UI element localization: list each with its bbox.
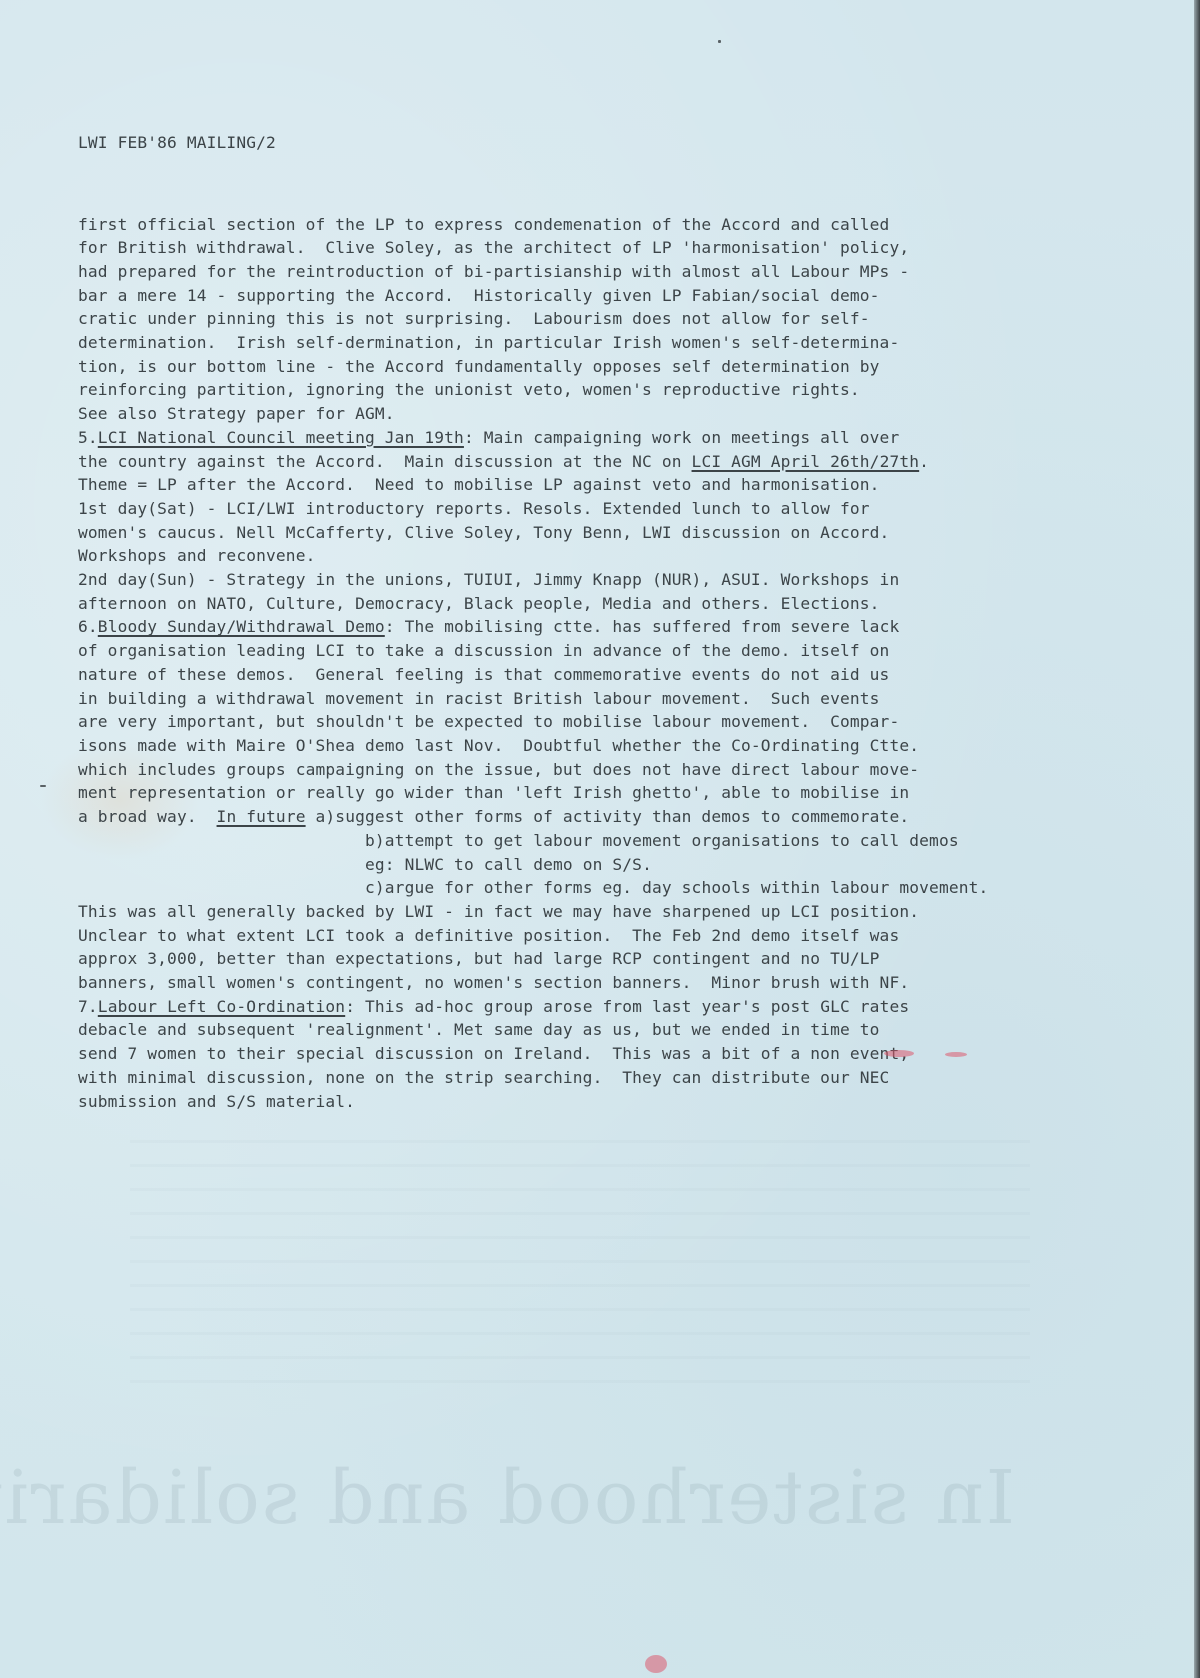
text-segment: banners, small women's contingent, no wo…: [78, 973, 909, 992]
text-line: reinforcing partition, ignoring the unio…: [78, 378, 1158, 402]
text-segment: c)argue for other forms eg. day schools …: [365, 878, 988, 897]
text-segment: Theme = LP after the Accord. Need to mob…: [78, 475, 880, 494]
text-segment: submission and S/S material.: [78, 1092, 355, 1111]
typed-lines: first official section of the LP to expr…: [78, 213, 1158, 1114]
text-segment: reinforcing partition, ignoring the unio…: [78, 380, 860, 399]
show-through-signoff: In sisterhood and solidarity: [255, 1455, 1015, 1541]
underlined-heading: LCI National Council meeting Jan 19th: [98, 428, 464, 447]
text-line: ment representation or really go wider t…: [78, 781, 1158, 805]
text-line: isons made with Maire O'Shea demo last N…: [78, 734, 1158, 758]
text-segment: cratic under pinning this is not surpris…: [78, 309, 870, 328]
text-line: afternoon on NATO, Culture, Democracy, B…: [78, 592, 1158, 616]
text-line: the country against the Accord. Main dis…: [78, 450, 1158, 474]
text-line: c)argue for other forms eg. day schools …: [78, 876, 1158, 900]
page-header: LWI FEB'86 MAILING/2: [78, 131, 1158, 155]
text-segment: 6.: [78, 617, 98, 636]
text-segment: : This ad-hoc group arose from last year…: [345, 997, 909, 1016]
show-through-lines: [130, 1140, 1030, 1390]
text-segment: b)attempt to get labour movement organis…: [365, 831, 959, 850]
text-segment: Unclear to what extent LCI took a defini…: [78, 926, 899, 945]
text-line: women's caucus. Nell McCafferty, Clive S…: [78, 521, 1158, 545]
text-line: 5.LCI National Council meeting Jan 19th:…: [78, 426, 1158, 450]
text-line: determination. Irish self-dermination, i…: [78, 331, 1158, 355]
text-segment: afternoon on NATO, Culture, Democracy, B…: [78, 594, 880, 613]
text-line: banners, small women's contingent, no wo…: [78, 971, 1158, 995]
red-ink-mark: [645, 1655, 667, 1673]
text-segment: : The mobilising ctte. has suffered from…: [385, 617, 900, 636]
text-segment: women's caucus. Nell McCafferty, Clive S…: [78, 523, 889, 542]
text-line: a broad way. In future a)suggest other f…: [78, 805, 1158, 829]
text-segment: determination. Irish self-dermination, i…: [78, 333, 899, 352]
text-line: bar a mere 14 - supporting the Accord. H…: [78, 284, 1158, 308]
text-segment: isons made with Maire O'Shea demo last N…: [78, 736, 919, 755]
text-segment: eg: NLWC to call demo on S/S.: [365, 855, 652, 874]
text-segment: : Main campaigning work on meetings all …: [464, 428, 899, 447]
text-line: first official section of the LP to expr…: [78, 213, 1158, 237]
text-segment: tion, is our bottom line - the Accord fu…: [78, 357, 880, 376]
underlined-heading: Labour Left Co-Ordination: [98, 997, 345, 1016]
text-segment: approx 3,000, better than expectations, …: [78, 949, 880, 968]
text-segment: send 7 women to their special discussion…: [78, 1044, 909, 1063]
text-line: Workshops and reconvene.: [78, 544, 1158, 568]
text-segment: of organisation leading LCI to take a di…: [78, 641, 889, 660]
text-segment: in building a withdrawal movement in rac…: [78, 689, 880, 708]
text-line: tion, is our bottom line - the Accord fu…: [78, 355, 1158, 379]
text-segment: are very important, but shouldn't be exp…: [78, 712, 899, 731]
text-line: for British withdrawal. Clive Soley, as …: [78, 236, 1158, 260]
text-segment: for British withdrawal. Clive Soley, as …: [78, 238, 909, 257]
text-segment: with minimal discussion, none on the str…: [78, 1068, 889, 1087]
text-segment: first official section of the LP to expr…: [78, 215, 889, 234]
text-segment: .: [919, 452, 929, 471]
text-segment: ment representation or really go wider t…: [78, 783, 909, 802]
text-segment: 5.: [78, 428, 98, 447]
text-line: eg: NLWC to call demo on S/S.: [78, 853, 1158, 877]
text-line: Theme = LP after the Accord. Need to mob…: [78, 473, 1158, 497]
text-segment: which includes groups campaigning on the…: [78, 760, 919, 779]
text-segment: 7.: [78, 997, 98, 1016]
speck: [718, 40, 721, 43]
text-segment: debacle and subsequent 'realignment'. Me…: [78, 1020, 880, 1039]
text-line: nature of these demos. General feeling i…: [78, 663, 1158, 687]
text-line: b)attempt to get labour movement organis…: [78, 829, 1158, 853]
red-ink-mark: [945, 1052, 967, 1057]
text-line: in building a withdrawal movement in rac…: [78, 687, 1158, 711]
text-segment: 2nd day(Sun) - Strategy in the unions, T…: [78, 570, 899, 589]
text-line: Unclear to what extent LCI took a defini…: [78, 924, 1158, 948]
text-segment: a)suggest other forms of activity than d…: [306, 807, 910, 826]
text-segment: This was all generally backed by LWI - i…: [78, 902, 919, 921]
text-segment: had prepared for the reintroduction of b…: [78, 262, 909, 281]
scan-edge: [1194, 0, 1200, 1678]
text-line: send 7 women to their special discussion…: [78, 1042, 1158, 1066]
text-line: which includes groups campaigning on the…: [78, 758, 1158, 782]
underlined-heading: In future: [217, 807, 306, 826]
text-line: with minimal discussion, none on the str…: [78, 1066, 1158, 1090]
text-line: 7.Labour Left Co-Ordination: This ad-hoc…: [78, 995, 1158, 1019]
speck: [40, 785, 46, 787]
text-line: 2nd day(Sun) - Strategy in the unions, T…: [78, 568, 1158, 592]
text-segment: 1st day(Sat) - LCI/LWI introductory repo…: [78, 499, 870, 518]
text-line: 1st day(Sat) - LCI/LWI introductory repo…: [78, 497, 1158, 521]
text-line: had prepared for the reintroduction of b…: [78, 260, 1158, 284]
text-line: debacle and subsequent 'realignment'. Me…: [78, 1018, 1158, 1042]
document-body: LWI FEB'86 MAILING/2 first official sect…: [78, 84, 1158, 1137]
text-segment: bar a mere 14 - supporting the Accord. H…: [78, 286, 880, 305]
text-line: See also Strategy paper for AGM.: [78, 402, 1158, 426]
text-line: are very important, but shouldn't be exp…: [78, 710, 1158, 734]
text-line: This was all generally backed by LWI - i…: [78, 900, 1158, 924]
text-segment: a broad way.: [78, 807, 217, 826]
text-segment: Workshops and reconvene.: [78, 546, 316, 565]
text-segment: See also Strategy paper for AGM.: [78, 404, 395, 423]
text-line: approx 3,000, better than expectations, …: [78, 947, 1158, 971]
text-line: cratic under pinning this is not surpris…: [78, 307, 1158, 331]
underlined-heading: Bloody Sunday/Withdrawal Demo: [98, 617, 385, 636]
text-segment: the country against the Accord. Main dis…: [78, 452, 692, 471]
text-segment: nature of these demos. General feeling i…: [78, 665, 889, 684]
underlined-heading: LCI AGM April 26th/27th: [692, 452, 920, 471]
text-line: of organisation leading LCI to take a di…: [78, 639, 1158, 663]
text-line: 6.Bloody Sunday/Withdrawal Demo: The mob…: [78, 615, 1158, 639]
text-line: submission and S/S material.: [78, 1090, 1158, 1114]
red-ink-mark: [884, 1050, 914, 1057]
